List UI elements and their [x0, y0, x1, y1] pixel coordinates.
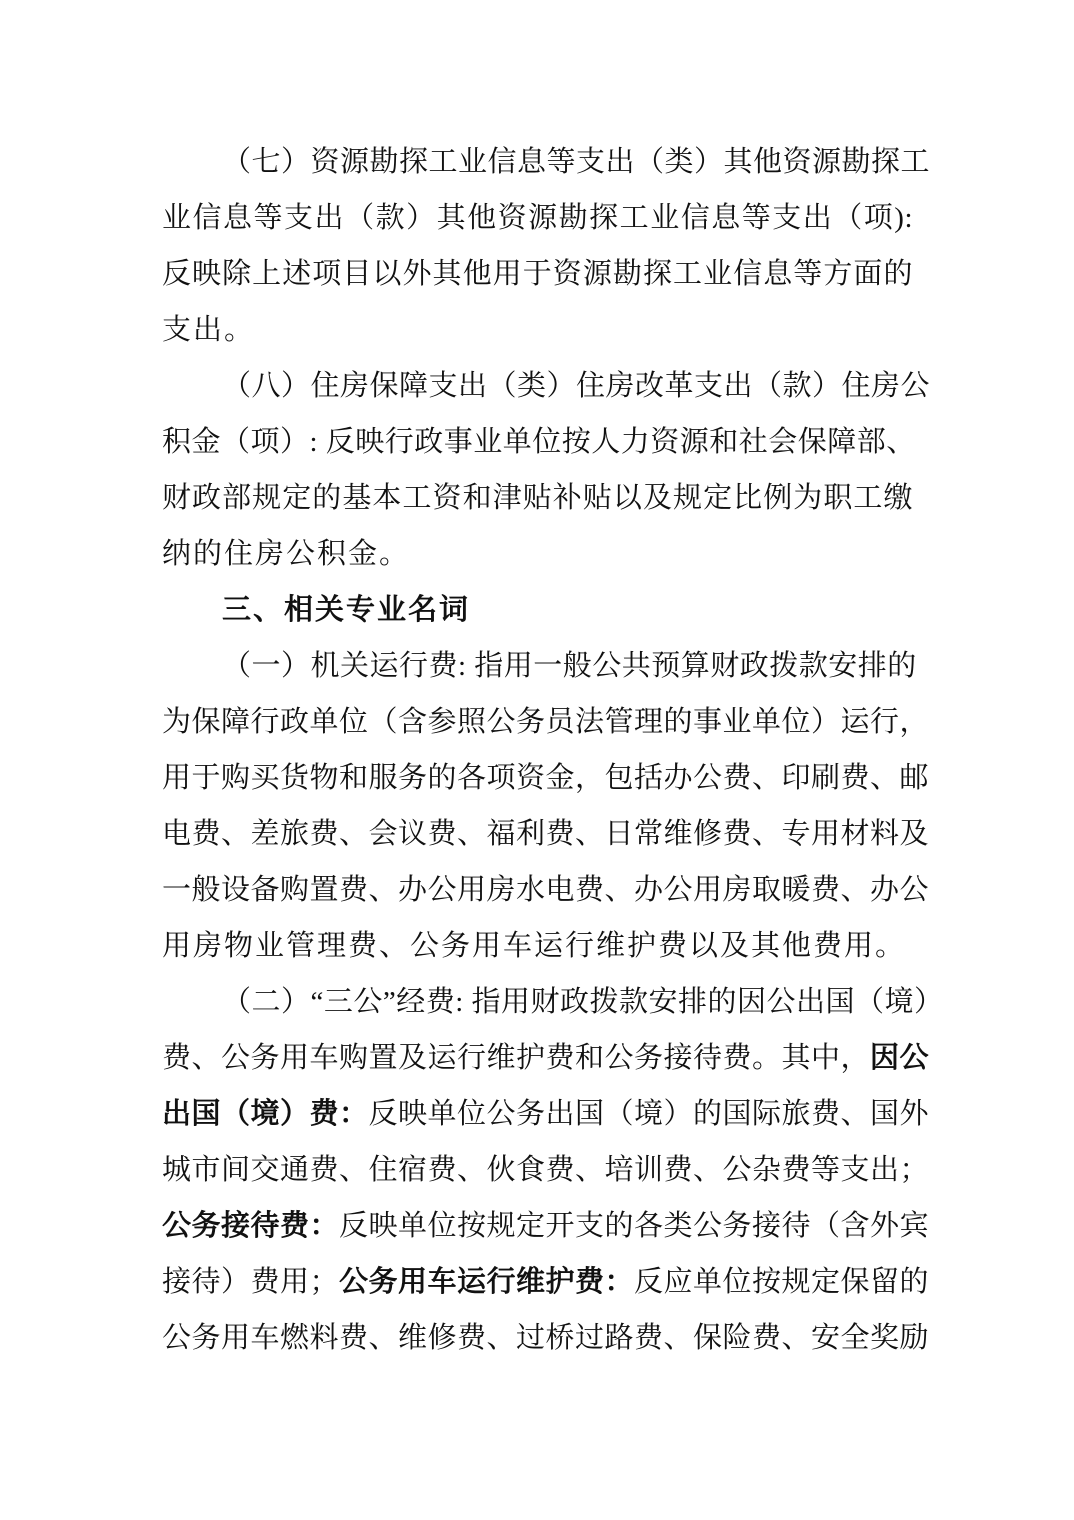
text-run: 用于购买货物和服务的各项资金，包括办公费、印刷费、邮 — [162, 762, 929, 794]
bold-text-run: 出国（境）费： — [162, 1098, 369, 1130]
text-run: 反映单位按规定开支的各类公务接待（含外宾 — [339, 1210, 929, 1242]
document-body: （七）资源勘探工业信息等支出（类）其他资源勘探工业信息等支出（款）其他资源勘探工… — [162, 134, 913, 1366]
text-line: 出国（境）费：反映单位公务出国（境）的国际旅费、国外 — [162, 1086, 913, 1142]
text-run: （七）资源勘探工业信息等支出（类）其他资源勘探工 — [222, 146, 930, 178]
bold-text-run: 三、相关专业名词 — [222, 594, 470, 626]
text-run: 反应单位按规定保留的 — [634, 1266, 929, 1298]
text-run: 积金（项）: 反映行政事业单位按人力资源和社会保障部、 — [162, 426, 916, 458]
text-line: 支出。 — [162, 302, 913, 358]
bold-text-run: 公务用车运行维护费： — [339, 1266, 634, 1298]
text-line: 积金（项）: 反映行政事业单位按人力资源和社会保障部、 — [162, 414, 913, 470]
text-run: 财政部规定的基本工资和津贴补贴以及规定比例为职工缴 — [162, 482, 913, 514]
text-run: 城市间交通费、住宿费、伙食费、培训费、公杂费等支出； — [162, 1154, 929, 1186]
text-line: 一般设备购置费、办公用房水电费、办公用房取暖费、办公 — [162, 862, 913, 918]
text-run: 用房物业管理费、公务用车运行维护费以及其他费用。 — [162, 930, 906, 962]
text-line: 费、公务用车购置及运行维护费和公务接待费。其中，因公 — [162, 1030, 913, 1086]
text-run: 公务用车燃料费、维修费、过桥过路费、保险费、安全奖励 — [162, 1322, 929, 1354]
text-run: 支出。 — [162, 314, 255, 346]
text-run: 电费、差旅费、会议费、福利费、日常维修费、专用材料及 — [162, 818, 929, 850]
text-line: 用房物业管理费、公务用车运行维护费以及其他费用。 — [162, 918, 913, 974]
bold-text-run: 公务接待费： — [162, 1210, 339, 1242]
text-line: 电费、差旅费、会议费、福利费、日常维修费、专用材料及 — [162, 806, 913, 862]
document-page: （七）资源勘探工业信息等支出（类）其他资源勘探工业信息等支出（款）其他资源勘探工… — [0, 0, 1074, 1520]
text-line: 三、相关专业名词 — [162, 582, 913, 638]
text-line: 反映除上述项目以外其他用于资源勘探工业信息等方面的 — [162, 246, 913, 302]
text-run: 反映单位公务出国（境）的国际旅费、国外 — [369, 1098, 930, 1130]
text-line: 用于购买货物和服务的各项资金，包括办公费、印刷费、邮 — [162, 750, 913, 806]
text-line: （七）资源勘探工业信息等支出（类）其他资源勘探工 — [162, 134, 913, 190]
text-run: 为保障行政单位（含参照公务员法管理的事业单位）运行， — [162, 706, 929, 738]
text-line: 为保障行政单位（含参照公务员法管理的事业单位）运行， — [162, 694, 913, 750]
text-line: 城市间交通费、住宿费、伙食费、培训费、公杂费等支出； — [162, 1142, 913, 1198]
text-line: 财政部规定的基本工资和津贴补贴以及规定比例为职工缴 — [162, 470, 913, 526]
text-line: 公务用车燃料费、维修费、过桥过路费、保险费、安全奖励 — [162, 1310, 913, 1366]
text-run: （一）机关运行费: 指用一般公共预算财政拨款安排的 — [222, 650, 917, 682]
text-run: 业信息等支出（款）其他资源勘探工业信息等支出（项): — [162, 202, 913, 234]
text-run: （二）“三公”经费: 指用财政拨款安排的因公出国（境） — [222, 986, 944, 1018]
text-line: 纳的住房公积金。 — [162, 526, 913, 582]
text-run: 接待）费用； — [162, 1266, 339, 1298]
text-run: 反映除上述项目以外其他用于资源勘探工业信息等方面的 — [162, 258, 913, 290]
bold-text-run: 因公 — [870, 1042, 929, 1074]
text-line: （一）机关运行费: 指用一般公共预算财政拨款安排的 — [162, 638, 913, 694]
text-line: （二）“三公”经费: 指用财政拨款安排的因公出国（境） — [162, 974, 913, 1030]
text-run: 一般设备购置费、办公用房水电费、办公用房取暖费、办公 — [162, 874, 929, 906]
text-run: （八）住房保障支出（类）住房改革支出（款）住房公 — [222, 370, 930, 402]
text-line: 接待）费用；公务用车运行维护费：反应单位按规定保留的 — [162, 1254, 913, 1310]
text-run: 费、公务用车购置及运行维护费和公务接待费。其中， — [162, 1042, 870, 1074]
text-run: 纳的住房公积金。 — [162, 538, 410, 570]
text-line: 公务接待费：反映单位按规定开支的各类公务接待（含外宾 — [162, 1198, 913, 1254]
text-line: 业信息等支出（款）其他资源勘探工业信息等支出（项): — [162, 190, 913, 246]
text-line: （八）住房保障支出（类）住房改革支出（款）住房公 — [162, 358, 913, 414]
